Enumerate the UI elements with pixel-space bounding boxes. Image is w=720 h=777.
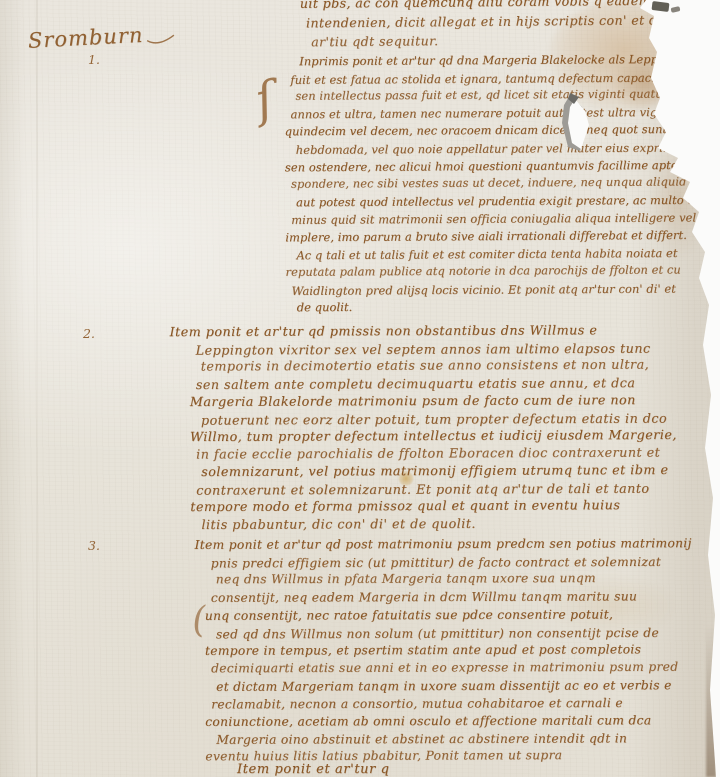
initial-flourish-article-1: ſ <box>250 71 279 129</box>
article-3-text-block: Item ponit et ar'tur qd post matrimoniu … <box>205 535 693 767</box>
left-edge-shading <box>0 0 26 777</box>
vertical-crease <box>36 0 38 777</box>
torn-edge-fragment-light <box>671 6 681 13</box>
text-line: spondere, nec sibi vestes suas ut decet,… <box>291 173 720 193</box>
article-number-1: 1. <box>88 52 100 67</box>
text-line: aut potest quod intellectus vel prudenti… <box>296 191 720 211</box>
article-4-partial-text-block: Item ponit et ar'tur q <box>237 762 390 777</box>
paper-hole <box>556 93 602 159</box>
flourish-swash <box>145 25 176 51</box>
text-line: in facie ecclie parochialis de ffolton E… <box>196 443 677 463</box>
text-line: sen intellectus passa fuit et est, qd li… <box>295 85 720 105</box>
text-line: coniunctione, acetiam ab omni osculo et … <box>205 712 692 731</box>
article-2-text-block: Item ponit et ar'tur qd pmissis non obst… <box>190 321 678 534</box>
text-line: Margeria Blakelorde matrimoniu psum de f… <box>190 391 677 411</box>
text-line: Inprimis ponit et ar'tur qd dna Margeria… <box>299 51 720 71</box>
text-line: temporis in decimotertio etatis sue anno… <box>201 356 677 376</box>
text-line: Item ponit et ar'tur qd post matrimoniu … <box>195 535 692 554</box>
text-line: unq consentijt, nec ratoe fatuitatis sue… <box>205 606 692 625</box>
text-line: decimiquarti etatis sue anni et in eo ex… <box>211 659 692 678</box>
text-line: reputata palam publice atq notorie in dc… <box>285 261 720 281</box>
text-line: de quolit. <box>297 297 720 317</box>
text-line: consentijt, neq eadem Margeria in dcm Wi… <box>211 588 692 607</box>
text-line: annos et ultra, tamen nec numerare potui… <box>291 103 720 123</box>
text-line: Item ponit et ar'tur qd pmissis non obst… <box>170 321 677 341</box>
torn-edge-fragment-dark <box>652 1 670 12</box>
text-line: solemnizarunt, vel potius matrimonij eff… <box>201 461 677 481</box>
margin-heading-text: Sromburn <box>27 23 144 53</box>
text-line: Waidlington pred alijsq locis vicinio. E… <box>292 280 720 300</box>
text-line: ar'tiu qdt sequitur. <box>311 28 720 51</box>
article-number-2: 2. <box>83 326 95 341</box>
bottom-right-edge-shadow <box>706 625 716 777</box>
article-1-text-block: Inprimis ponit et ar'tur qd dna Margeria… <box>284 51 720 318</box>
manuscript-scan: Sromburn 1. 2. 3. ſ ( uit pbs, ac con qu… <box>0 0 720 777</box>
text-line: potuerunt nec eorz alter potuit, tum pro… <box>201 409 677 429</box>
article-number-3: 3. <box>88 538 100 553</box>
text-line: hebdomada, vel quo noie appellatur pater… <box>296 139 720 159</box>
text-line: sen saltem ante completu decimuquartu et… <box>196 374 677 394</box>
text-line: minus quid sit matrimonii sen officia co… <box>291 210 720 230</box>
manuscript-page: Sromburn 1. 2. 3. ſ ( uit pbs, ac con qu… <box>0 0 720 777</box>
text-line: litis pbabuntur, dic con' di' et de quol… <box>201 514 677 534</box>
text-line: Item ponit et ar'tur q <box>237 762 390 777</box>
text-line: tempore modo et forma pmissoz qual et qu… <box>190 496 677 516</box>
text-line: reclamabit, necnon a consortio, mutua co… <box>211 695 692 714</box>
margin-heading: Sromburn <box>27 21 176 57</box>
text-line: sed qd dns Willmus non solum (ut pmittit… <box>216 624 692 643</box>
text-line: contraxerunt et solemnizarunt. Et ponit … <box>196 479 677 499</box>
text-line: neq dns Willmus in pfata Margeria tanqm … <box>216 570 692 589</box>
text-line: et dictam Margeriam tanqm in uxore suam … <box>216 677 692 696</box>
text-line: quindecim vel decem, nec oracoem dnicam … <box>285 121 720 141</box>
